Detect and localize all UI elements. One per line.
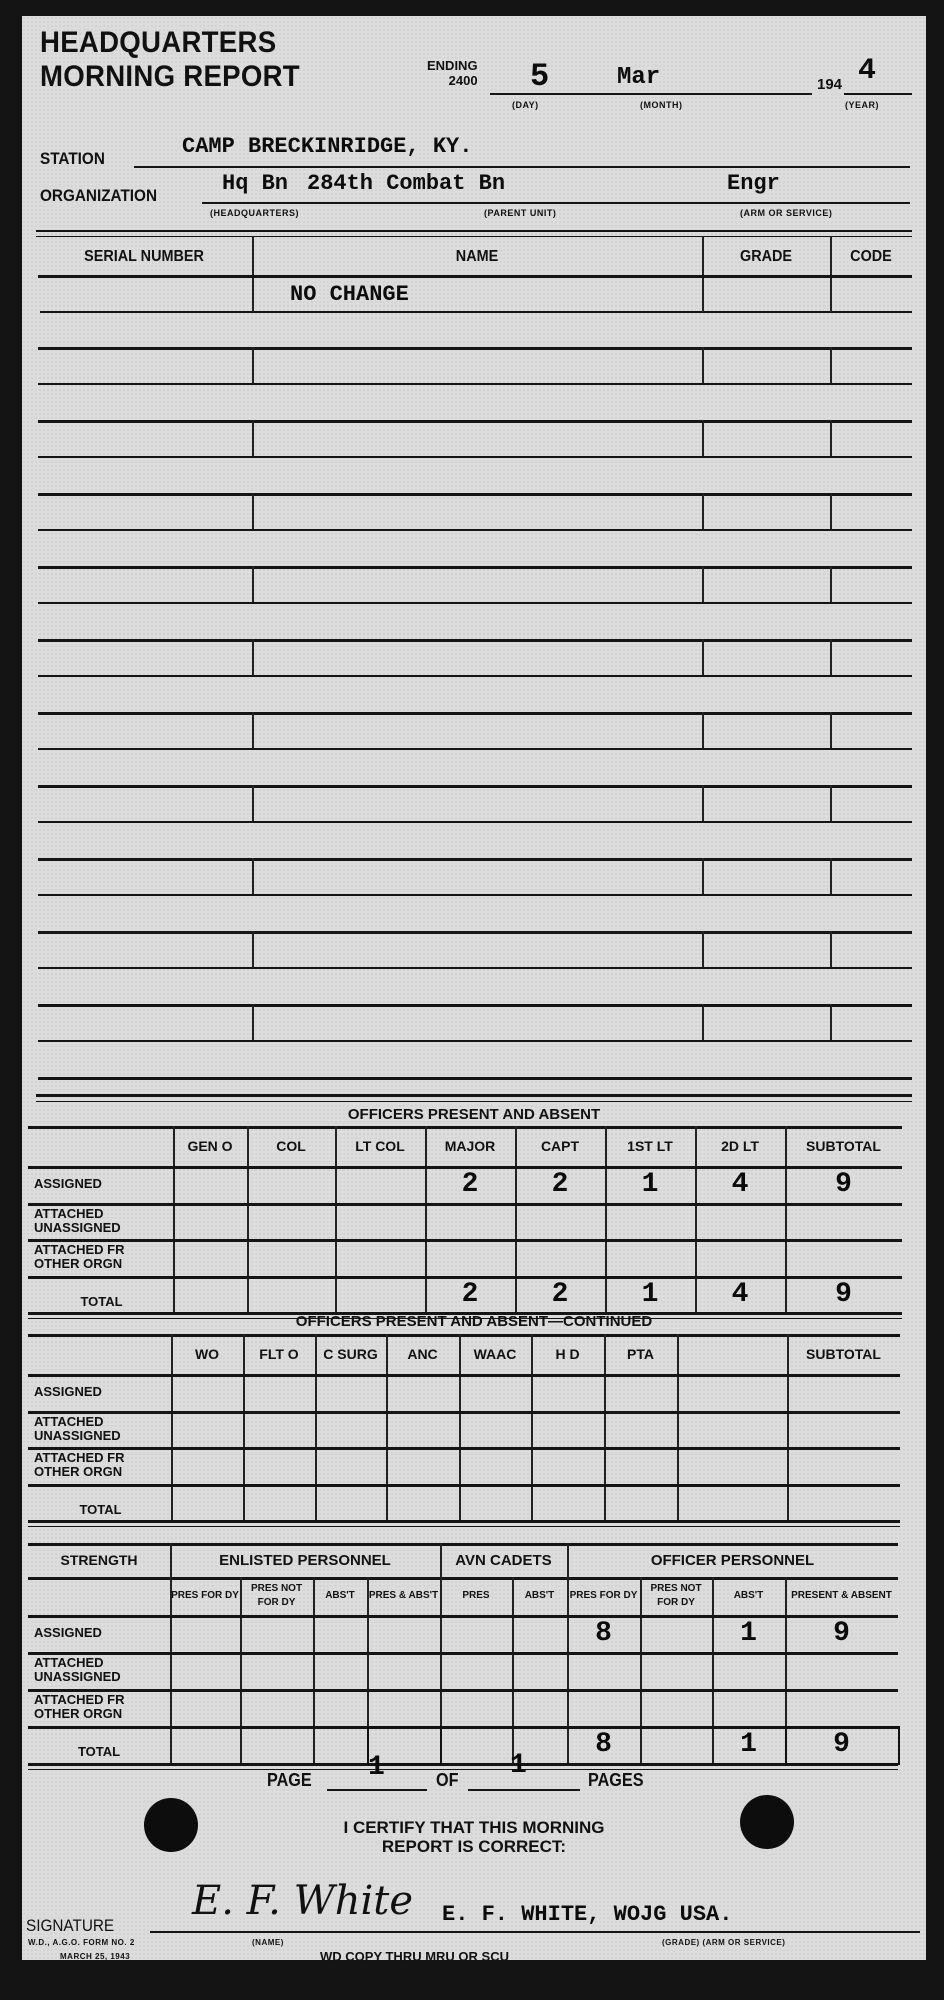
table-cell: 8 [567, 1618, 640, 1649]
column-header: PTA [604, 1334, 677, 1374]
column-header: SUBTOTAL [785, 1126, 902, 1166]
name-caption: (NAME) [252, 1938, 284, 1947]
column-header: FLT O [243, 1334, 315, 1374]
row-label: ATTACHED UNASSIGNED [34, 1207, 169, 1235]
table-rule [28, 1374, 900, 1377]
roster-row-rule [38, 748, 912, 750]
column-header: PRES & ABS'T [367, 1577, 440, 1615]
organization-headquarters: Hq Bn [222, 171, 288, 196]
column-header: 2D LT [695, 1126, 785, 1166]
row-label: TOTAL [34, 1745, 164, 1759]
row-label: ASSIGNED [34, 1177, 169, 1191]
day-value: 5 [530, 58, 549, 95]
parent-unit-caption: (PARENT UNIT) [484, 208, 556, 218]
form-date: MARCH 25, 1943 [60, 1952, 130, 1961]
roster-divider [830, 858, 832, 895]
table-cell: 2 [515, 1279, 605, 1310]
year-caption: (YEAR) [845, 100, 879, 110]
routing-text: WD COPY THRU MRU OR SCU [320, 1949, 509, 1964]
ending-time: 2400 [427, 73, 478, 88]
page-label: PAGE [267, 1770, 312, 1791]
column-header: ABS'T [313, 1577, 367, 1615]
roster-divider [252, 420, 254, 457]
roster-block-rule [38, 639, 912, 642]
roster-divider [830, 566, 832, 603]
roster-row-rule [40, 311, 912, 313]
form-number: W.D., A.G.O. FORM NO. 2 [28, 1938, 135, 1947]
column-header: GEN O [173, 1126, 247, 1166]
roster-divider [830, 278, 832, 312]
table-rule [28, 1447, 900, 1450]
column-header: WO [171, 1334, 243, 1374]
roster-divider [702, 347, 704, 384]
roster-divider [252, 785, 254, 822]
organization-arm-service: Engr [727, 171, 780, 196]
group-header: OFFICER PERSONNEL [567, 1543, 898, 1577]
organization-parent-unit: 284th Combat Bn [307, 171, 505, 196]
col-name: NAME [275, 248, 680, 266]
table-cell: 4 [695, 1279, 785, 1310]
table-rule [28, 1239, 902, 1242]
roster-divider [830, 420, 832, 457]
row-label: ATTACHED UNASSIGNED [34, 1415, 167, 1443]
roster-divider [702, 858, 704, 895]
handwritten-signature: E. F. White [192, 1878, 413, 1924]
table-col-divider [440, 1543, 442, 1577]
column-header: H D [531, 1334, 604, 1374]
pages-label: PAGES [588, 1770, 644, 1791]
year-prefix: 194 [817, 76, 842, 93]
roster-divider [252, 493, 254, 530]
column-header [677, 1334, 787, 1374]
table-col-divider [567, 1543, 569, 1577]
roster-divider [702, 420, 704, 457]
table-cell: 8 [567, 1729, 640, 1760]
roster-divider [252, 1004, 254, 1041]
roster-block-rule [38, 712, 912, 715]
roster-block-rule [38, 566, 912, 569]
column-header: SUBTOTAL [787, 1334, 900, 1374]
table-cell: 1 [712, 1729, 785, 1760]
table-cell: 1 [605, 1279, 695, 1310]
row-label: ATTACHED FR OTHER ORGN [34, 1451, 167, 1479]
roster-divider [252, 931, 254, 968]
column-header: PRES FOR DY [170, 1577, 240, 1615]
roster-block-rule [38, 785, 912, 788]
roster-divider [702, 566, 704, 603]
table-cell: 4 [695, 1169, 785, 1200]
column-header: ABS'T [512, 1577, 567, 1615]
roster-divider [702, 278, 704, 312]
roster-divider [830, 493, 832, 530]
ending-text: ENDING [427, 58, 478, 73]
year-digit: 4 [858, 54, 876, 88]
roster-block-rule [38, 420, 912, 423]
station-underline [134, 166, 910, 168]
year-underline [844, 93, 912, 95]
roster-divider [830, 931, 832, 968]
table-cell: 9 [785, 1618, 898, 1649]
roster-divider [252, 639, 254, 676]
row-label: TOTAL [34, 1295, 169, 1309]
strength-label: STRENGTH [28, 1543, 170, 1577]
roster-divider [702, 785, 704, 822]
column-header: PRES NOT FOR DY [240, 1577, 313, 1615]
station-label: STATION [40, 149, 105, 169]
column-header: PRES [440, 1577, 512, 1615]
morning-report-form: HEADQUARTERS MORNING REPORT ENDING 2400 … [22, 16, 926, 1960]
form-title-line1: HEADQUARTERS [40, 26, 276, 60]
signature-label: SIGNATURE [26, 1916, 114, 1936]
month-caption: (MONTH) [640, 100, 683, 110]
row-label: TOTAL [34, 1503, 167, 1517]
organization-underline [202, 202, 910, 204]
officers-continued-title: OFFICERS PRESENT AND ABSENT—CONTINUED [22, 1313, 926, 1330]
headquarters-caption: (HEADQUARTERS) [210, 208, 299, 218]
table-cell: 2 [425, 1169, 515, 1200]
officers-table-title: OFFICERS PRESENT AND ABSENT [22, 1106, 926, 1123]
roster-block-rule [38, 931, 912, 934]
table-cell: 1 [605, 1169, 695, 1200]
total-pages: 1 [510, 1750, 527, 1781]
roster-divider [702, 639, 704, 676]
col-grade: GRADE [708, 248, 823, 266]
column-header: PRES FOR DY [567, 1577, 640, 1615]
roster-row-rule [38, 383, 912, 385]
roster-row-rule [38, 821, 912, 823]
column-header: C SURG [315, 1334, 386, 1374]
roster-top-rule [36, 230, 912, 232]
table-rule [28, 1520, 900, 1523]
roster-row-rule [38, 1040, 912, 1042]
boxed-total-cell [785, 1726, 900, 1765]
signature-underline [150, 1931, 920, 1933]
total-underline [468, 1789, 580, 1791]
table-rule [28, 1526, 900, 1527]
column-header: ANC [386, 1334, 459, 1374]
row-label: ASSIGNED [34, 1385, 167, 1399]
group-header: AVN CADETS [440, 1543, 567, 1577]
roster-block-rule [38, 347, 912, 350]
roster-divider [830, 347, 832, 384]
month-value: Mar [617, 64, 660, 91]
table-cell: 2 [515, 1169, 605, 1200]
page-underline [327, 1789, 427, 1791]
roster-top-rule-2 [36, 236, 912, 237]
certification-text: I CERTIFY THAT THIS MORNING REPORT IS CO… [22, 1818, 926, 1856]
column-header: MAJOR [425, 1126, 515, 1166]
col-serial-number: SERIAL NUMBER [47, 248, 241, 266]
row-label: ASSIGNED [34, 1626, 164, 1640]
form-title-line2: MORNING REPORT [40, 60, 300, 94]
roster-divider [252, 858, 254, 895]
roster-row-rule [38, 602, 912, 604]
roster-row-rule [38, 675, 912, 677]
column-header: 1ST LT [605, 1126, 695, 1166]
certification-line1: I CERTIFY THAT THIS MORNING [22, 1818, 926, 1837]
roster-entry-name: NO CHANGE [290, 282, 409, 307]
column-header: COL [247, 1126, 335, 1166]
typed-signature: E. F. WHITE, WOJG USA. [442, 1902, 732, 1927]
column-header: PRES NOT FOR DY [640, 1577, 712, 1615]
section-rule-2 [36, 1101, 912, 1102]
page-number: 1 [368, 1752, 385, 1783]
table-cell: 9 [785, 1279, 902, 1310]
column-header: PRESENT & ABSENT [785, 1577, 898, 1615]
column-header: LT COL [335, 1126, 425, 1166]
roster-row-rule [38, 456, 912, 458]
table-rule [28, 1652, 898, 1655]
row-label: ATTACHED FR OTHER ORGN [34, 1693, 164, 1721]
table-rule [28, 1689, 898, 1692]
roster-divider [252, 347, 254, 384]
group-header: ENLISTED PERSONNEL [170, 1543, 440, 1577]
organization-label: ORGANIZATION [40, 186, 157, 206]
roster-divider [702, 712, 704, 749]
column-header: WAAC [459, 1334, 531, 1374]
roster-divider [702, 931, 704, 968]
roster-divider [702, 1004, 704, 1041]
table-cell: 9 [785, 1169, 902, 1200]
row-label: ATTACHED UNASSIGNED [34, 1656, 164, 1684]
station-value: CAMP BRECKINRIDGE, KY. [182, 134, 472, 159]
roster-divider [252, 278, 254, 312]
table-cell: 2 [425, 1279, 515, 1310]
table-rule [28, 1769, 898, 1770]
roster-block-rule [38, 493, 912, 496]
roster-divider [830, 785, 832, 822]
roster-block-rule [38, 858, 912, 861]
col-code: CODE [834, 248, 908, 266]
arm-caption: (ARM OR SERVICE) [740, 208, 832, 218]
day-caption: (DAY) [512, 100, 539, 110]
column-header: ABS'T [712, 1577, 785, 1615]
roster-block-rule [38, 1004, 912, 1007]
row-label: ATTACHED FR OTHER ORGN [34, 1243, 169, 1271]
of-label: OF [436, 1770, 459, 1791]
roster-header-rule [38, 275, 912, 278]
ending-label: ENDING 2400 [427, 58, 478, 88]
roster-divider [252, 566, 254, 603]
roster-divider [702, 493, 704, 530]
roster-row-rule [38, 894, 912, 896]
certification-line2: REPORT IS CORRECT: [22, 1837, 926, 1856]
grade-caption: (GRADE) (ARM OR SERVICE) [662, 1938, 785, 1947]
roster-row-rule [38, 967, 912, 969]
column-header: CAPT [515, 1126, 605, 1166]
roster-divider [830, 1004, 832, 1041]
roster-divider [830, 712, 832, 749]
table-rule [28, 1411, 900, 1414]
table-rule [28, 1484, 900, 1487]
table-cell: 1 [712, 1618, 785, 1649]
roster-row-rule [38, 529, 912, 531]
table-rule [28, 1203, 902, 1206]
table-rule [28, 1763, 898, 1766]
table-col-divider [170, 1543, 172, 1577]
section-rule [36, 1094, 912, 1097]
roster-block-rule [38, 1077, 912, 1080]
roster-divider [830, 639, 832, 676]
roster-divider [252, 712, 254, 749]
